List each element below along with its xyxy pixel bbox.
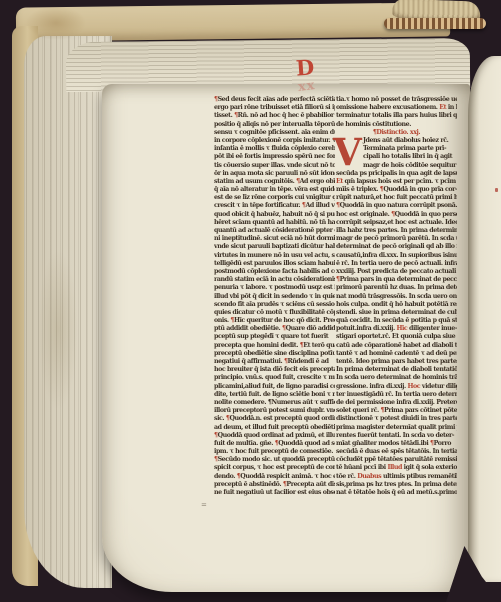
text-line: In prima determinat de diaboli tentatiōe… <box>336 366 457 374</box>
text-line: sensu τ cognitōe pficissent. aīa enim dū… <box>214 129 335 137</box>
text-line: causatū,infra di.xxx. In supioribus īsin… <box>336 252 457 260</box>
text-line: de dei permissione infra di.xxiij. Prete… <box>336 399 457 407</box>
text-line: ne fuit negatiuū ut facilior est eius ob… <box>214 489 335 497</box>
text-line: mīis ē triplex. ¶Quoddā in quo prīa cor- <box>336 186 457 194</box>
text-line: dendo. ¶Quoddā respicit animā. τ hoc est <box>214 473 335 481</box>
text-line: quies dicatur cō motū τ fluxibilitatē cō… <box>214 309 335 317</box>
text-line: quā cecidit. In secūda ē potītia p quā s… <box>336 317 457 325</box>
text-line: gressione. infra di.xxij. Hoc videtur dī… <box>336 383 457 391</box>
text-line: Et qm̄ lapsus hoīs est per pcīm. τ pcīm … <box>336 178 457 186</box>
text-line: spicit corpus, τ hoc est preceptū de com… <box>214 464 335 472</box>
text-line: nolite comedere. ¶Numerus aūt τ sufficīt… <box>214 399 335 407</box>
text-line: pōt ibi eē fortis impressio spērū nec fo… <box>214 153 335 161</box>
text-line: q̄ aīa nō alteratur in tēpe. vēra est qu… <box>214 186 335 194</box>
text-line: secūdā ē duas eē spēs tētatōis. In terti… <box>336 448 457 456</box>
text-line: catū ade cōparationē habet ad diaboli te… <box>336 342 457 350</box>
text-line: ¶Secūdo modo sic. ut quoddā preceptū re <box>214 456 335 464</box>
text-line: virtutes in munere nō in usu vel actu, s… <box>214 252 335 260</box>
text-line: hoīs culpa. ondit q̄ hō habuit potētiā r… <box>336 301 457 309</box>
text-line: ergo pari rōne tribuisset etiā filiorū s… <box>214 104 335 112</box>
text-line: infantia ē mollis τ fluida cōplexio cere… <box>214 145 335 153</box>
quire-signature-letter: D <box>295 54 315 80</box>
text-line: mīat gn̄aliter modos tētādī.ibi ¶Porro <box>336 440 457 448</box>
text-line: nat modū trāsgressōis. In scd̄a uero ond… <box>336 293 457 301</box>
quire-signature-numeral: xx <box>297 78 316 95</box>
text-line: tē hūani pccī ibi Illud igit q̄ sola ext… <box>336 464 457 472</box>
text-line: stigari oportet.rc̄. Et quoniā culpa siu… <box>336 333 457 341</box>
text-line: fuit de multīa. gñe. ¶Quoddā quod ad se <box>214 440 335 448</box>
text-line: precepta que homini dedit. ¶Et terō quar… <box>214 342 335 350</box>
text-line: illa habz tres partes. In prima determin… <box>336 227 457 235</box>
text-line: crescit τ in tēpe fortificatur. ¶Ad illu… <box>214 202 335 210</box>
text-line: omissione habere excusationem. Et in hoc <box>336 104 457 112</box>
text-line: tis cōuersio super illas. vnde sicut nō … <box>214 162 335 170</box>
text-line: negatiui q̄ affirmatiui. ¶Rñdendi ē ad <box>214 358 335 366</box>
rubric: Duabus <box>357 473 381 480</box>
text-line: cōcludēt ppē tētatōes paruitātē remissib… <box>336 456 457 464</box>
rubric: Et <box>336 178 343 185</box>
text-line: tisset. ¶Rñ. nō ad hoc q̄ hec ē pbabilio… <box>214 112 335 120</box>
text-line: ¶Sed deus fecit aīas ade perfectā sciēti… <box>214 96 335 104</box>
text-line: hoc est originale. ¶Quoddā in quo person… <box>336 211 457 219</box>
text-line: xxxiiij. Post predicta de peccato actual… <box>336 268 457 276</box>
text-line: tia.τ homo nō posset de trāsgressiōe uel <box>336 96 457 104</box>
text-line: onis. ¶Hīc queritur de hoc qō dicit. Pre… <box>214 317 335 325</box>
text-line: plicamini,aliud fuit, de ligno paradisi … <box>214 383 335 391</box>
text-line: stendi. siue in prima determinat de culp… <box>336 309 457 317</box>
text-line: corrūpit seipsaz,et hoc est actuale. Ide… <box>336 219 457 227</box>
text-line: ptū addidit obediētie. ¶Quare diō addidi… <box>214 325 335 333</box>
text-line: quod obīcit q̄ habuēz, habuit nō q̄ si p… <box>214 211 335 219</box>
text-line: pceptū sup ptegēdī τ quare tot fuerīt <box>214 333 335 341</box>
text-line: telligēdū est paruulos illos scīam habui… <box>214 260 335 268</box>
text-line: nat ē tētatōe hoīs q̄ eū ad metū.s.primo… <box>336 489 457 497</box>
text-line: distinctionē τ potest diuīdi in tres par… <box>336 415 457 423</box>
corner-stain <box>26 6 86 40</box>
text-line: ¶Quoddā in quo natura corrūpit psonā. et <box>336 202 457 210</box>
text-line: ni ineptitudinē. sicut eciā nō hūt dormi… <box>214 235 335 243</box>
text-line: de hominis cōstitutione. <box>336 121 457 129</box>
text-line: hēret scīam quantū ad habitū. nō tn̄ hab… <box>214 219 335 227</box>
text-line: principio. vnū.s. quod fuit, crescite τ … <box>214 374 335 382</box>
text-line: statim ad usum cognitōis. ¶Ad ergo obī <box>214 178 335 186</box>
text-line: ōr in aqua mota sic paruuli nō sūt idone… <box>214 170 335 178</box>
text-line: postmodū cōplexione facta habilis ad cōs… <box>214 268 335 276</box>
text-line: rūpit naturā,et hoc fuit peccatū primi h… <box>336 194 457 202</box>
text-line: solet queri rc̄. ¶Prima pars cōtinet pōt… <box>336 407 457 415</box>
endband-beads <box>384 18 486 29</box>
text-line: tōe rc̄. Duabus ultimis ptibus remanētib… <box>336 473 457 481</box>
text-line: scendo fit aīa prudēs τ sciēns cū sessio… <box>214 301 335 309</box>
text-line: preceptū obediētie sine disciplina potīu… <box>214 350 335 358</box>
text-line: ¶Quoddā quod ordinat ad pximū, et illud <box>214 432 335 440</box>
text-line: in corpore cōplexionē corpis imitatur. τ… <box>214 137 335 145</box>
text-line: terminatur totalis illa pars huius libri… <box>336 112 457 120</box>
rubric: ¶Distinctio. xxj. <box>373 129 420 136</box>
text-line: positio q̄ aliqīs nō per interualla tēpo… <box>214 121 335 129</box>
text-line: est de se līz rōne corporis cui vnīgitur… <box>214 194 335 202</box>
text-line: prima magister determīat qualit primi pa… <box>336 424 457 432</box>
text-line: penuria τ labore. τ postmodū usqz est in… <box>214 284 335 292</box>
facing-page-sliver <box>468 56 501 582</box>
text-line: tantē τ ad hominē cadentē τ ad deū permi… <box>336 350 457 358</box>
text-line: tentē. Ideo prima pars habet tres partes… <box>336 358 457 366</box>
text-line: determinat de pecō originali qd ab illo … <box>336 243 457 251</box>
text-line: ¶Prima pars in qua determinat de peccato <box>336 276 457 284</box>
rubric: Hoc <box>408 383 421 390</box>
text-line: primorū parentū hz duas. In prima determ… <box>336 284 457 292</box>
text-line: ter inuestigādū rc̄. In tertia uero dete… <box>336 391 457 399</box>
text-line: sic. ¶Quoddā.n. est preceptū quod ordina… <box>214 415 335 423</box>
text-line: illud vbi pōt q̄ dicit in sedendo τ in q… <box>214 293 335 301</box>
text-line: dite, tertiū fuit. de ligno scīētie boni… <box>214 391 335 399</box>
text-line: randū statim eciā in actu cōsiderationis… <box>214 276 335 284</box>
rubric: Illud <box>387 464 401 471</box>
book-photo: D xx = ¶Sed deus fecit aīas ade perfectā… <box>0 0 501 602</box>
text-line: magr de pecō primorū parētū. In scd̄a ue… <box>336 235 457 243</box>
text-line: sis,prima ps hz tres ptes. In prima dete… <box>336 481 457 489</box>
text-line: rentes fuerūt tentati. In scd̄a vo deter… <box>336 432 457 440</box>
margin-mark: = <box>201 501 207 509</box>
text-line: hoc breuiter q̄ ista diō fecit eis prece… <box>214 366 335 374</box>
text-line: ē rc̄. In tertia uero de pecō actuali. i… <box>336 260 457 268</box>
rubric: Hīc <box>396 325 407 332</box>
red-ink-speck <box>495 188 498 192</box>
text-line: quantū ad actualē cōsiderationē ppter or… <box>214 227 335 235</box>
rubricated-initial: V <box>333 135 360 169</box>
column-left: ¶Sed deus fecit aīas ade perfectā sciēti… <box>214 96 335 497</box>
text-line: ipm. τ hoc fuit preceptū de comestiōe. <box>214 448 335 456</box>
text-line: ad deum, et illud fuit preceptū obediēti… <box>214 424 335 432</box>
text-line: illorū preceptorū potest sumi duplr. vno… <box>214 407 335 415</box>
text-line: In scd̄a uero determinat de hominis trās <box>336 374 457 382</box>
text-line: vnde sicut paruuli baptizati dicūtur hab… <box>214 243 335 251</box>
text-line: preceptū ē abstinēdō. ¶Precepta aūt dīsp… <box>214 481 335 489</box>
text-line: potuit.infra di.xxiij. Hīc diligenter in… <box>336 325 457 333</box>
edge-stain <box>38 250 78 410</box>
